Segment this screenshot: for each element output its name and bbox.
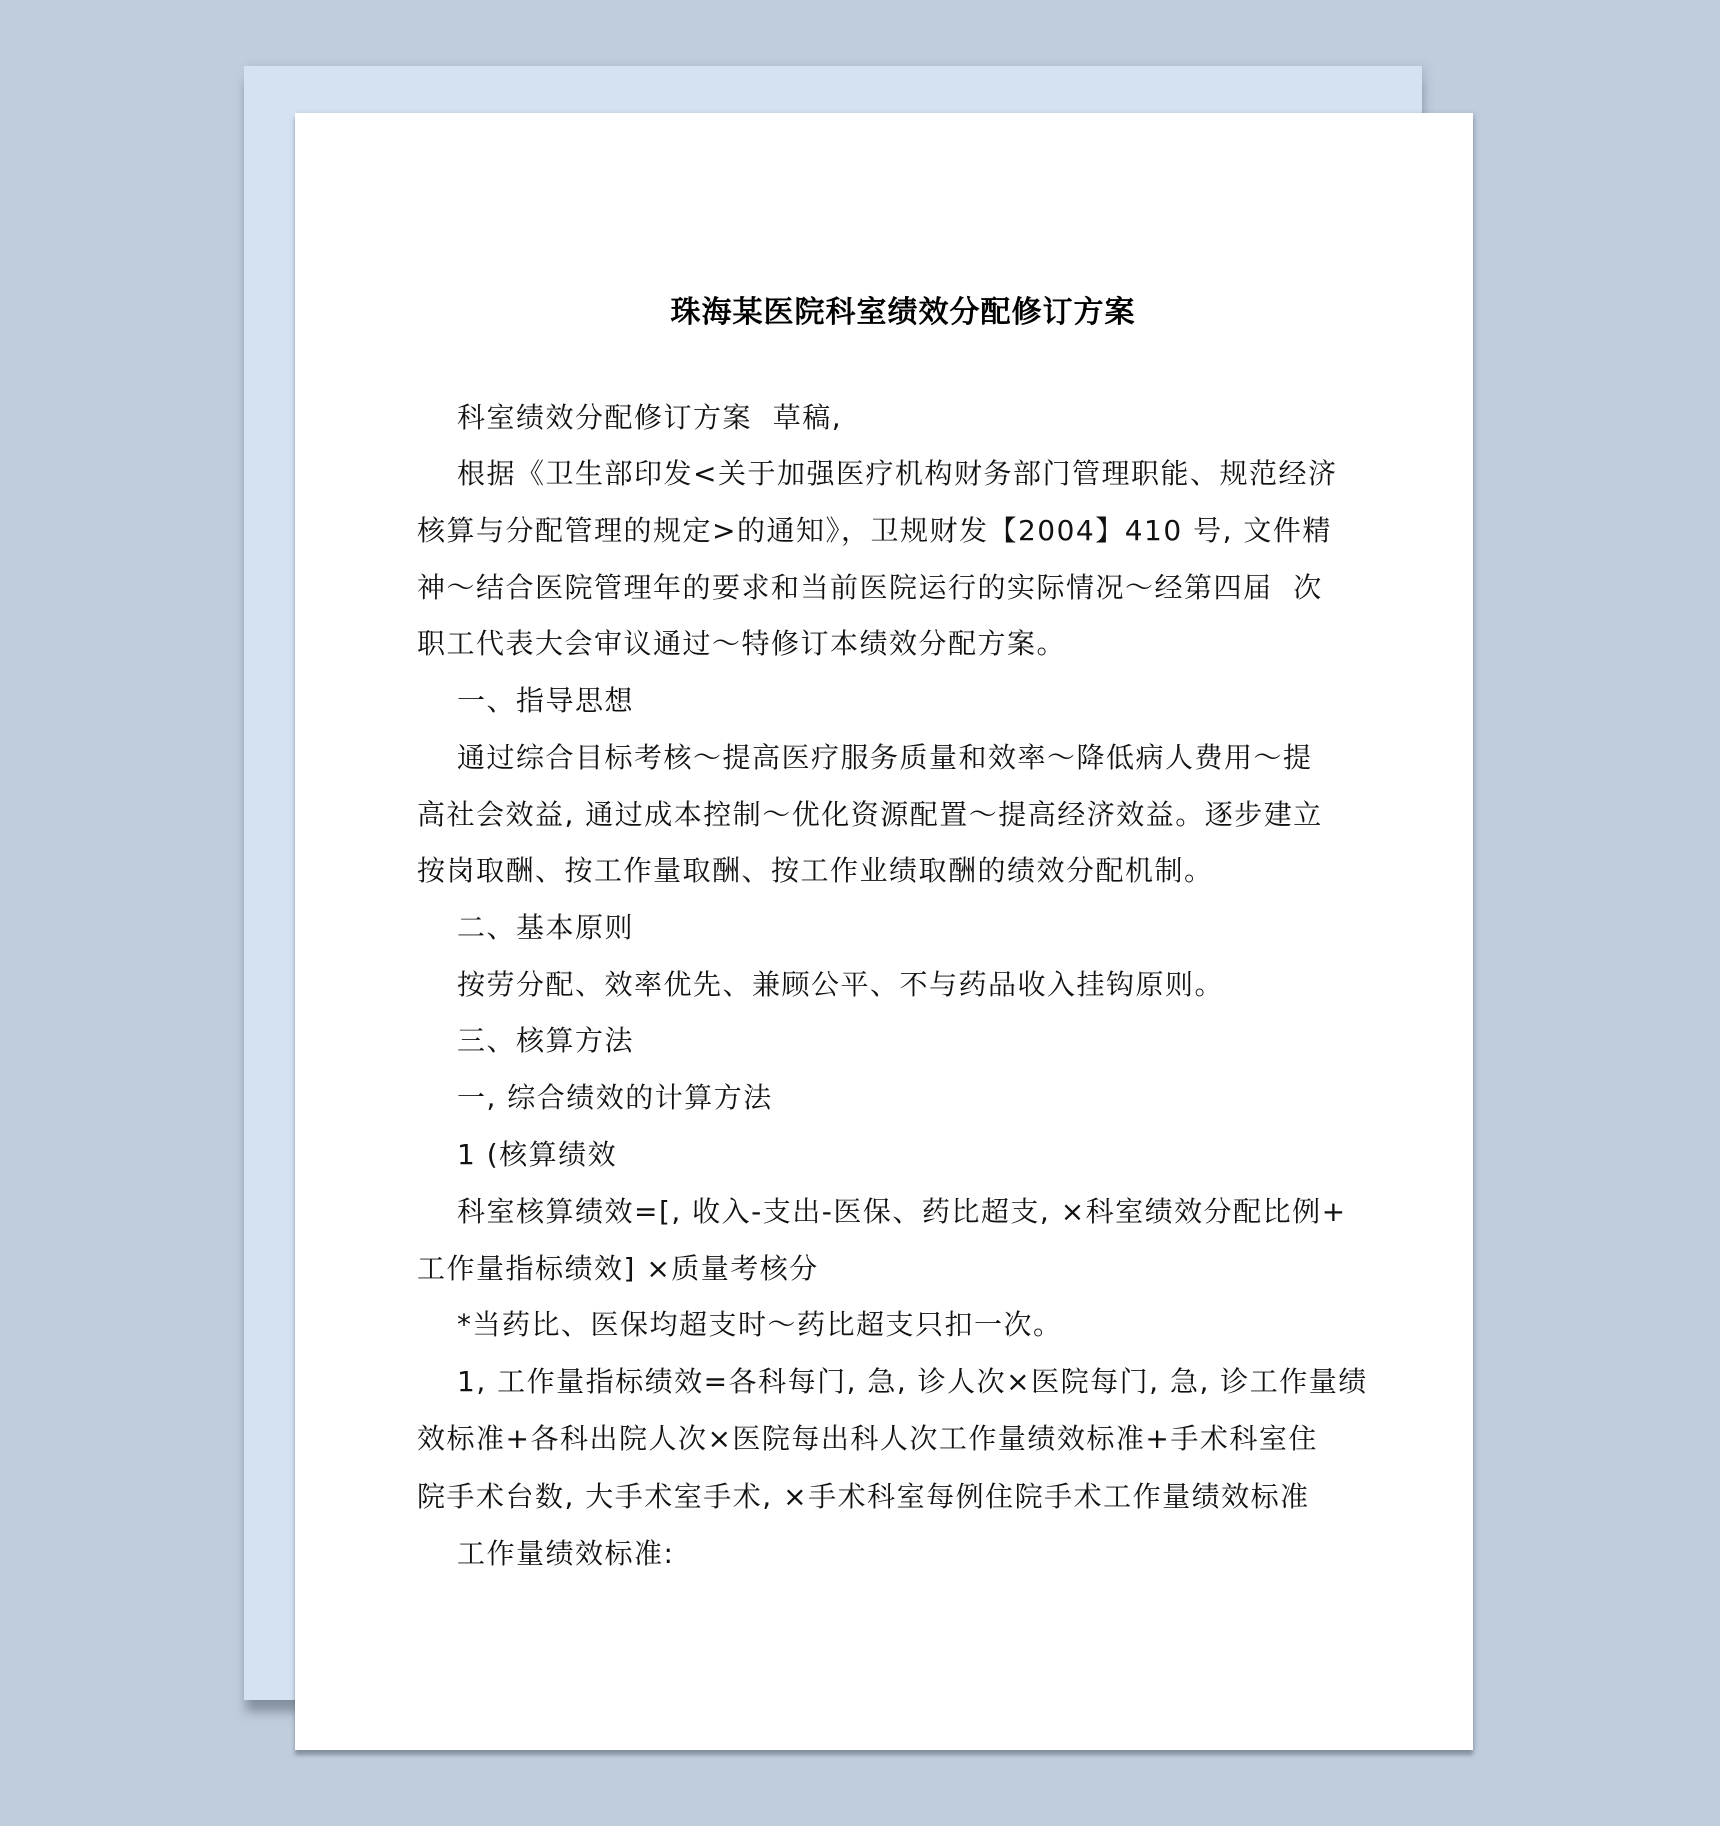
formula-line: 效标准+各科出院人次×医院每出科人次工作量绩效标准+手术科室住 <box>417 1422 1377 1456</box>
document-title: 珠海某医院科室绩效分配修订方案 <box>295 296 1511 330</box>
section-heading-guiding-ideology: 一、指导思想 <box>457 684 1417 718</box>
body-line: 工作量绩效标准: <box>457 1537 1417 1571</box>
formula-line: 院手术台数, 大手术室手术, ×手术科室每例住院手术工作量绩效标准 <box>417 1480 1377 1514</box>
note-line: *当药比、医保均超支时～药比超支只扣一次。 <box>457 1308 1417 1342</box>
body-line: 职工代表大会审议通过～特修订本绩效分配方案。 <box>417 627 1377 661</box>
body-line: 神～结合医院管理年的要求和当前医院运行的实际情况～经第四届 次 <box>417 571 1377 605</box>
body-line: 通过综合目标考核～提高医疗服务质量和效率～降低病人费用～提 <box>457 741 1417 775</box>
formula-line: 科室核算绩效=[, 收入-支出-医保、药比超支, ×科室绩效分配比例+ <box>457 1195 1417 1229</box>
body-line: 根据《卫生部印发<关于加强医疗机构财务部门管理职能、规范经济 <box>457 457 1417 491</box>
section-heading-basic-principles: 二、基本原则 <box>457 911 1417 945</box>
formula-line: 1, 工作量指标绩效=各科每门, 急, 诊人次×医院每门, 急, 诊工作量绩 <box>457 1365 1417 1399</box>
body-line: 核算与分配管理的规定>的通知》，卫规财发【2004】410 号, 文件精 <box>417 514 1377 548</box>
body-line: 按劳分配、效率优先、兼顾公平、不与药品收入挂钩原则。 <box>457 968 1417 1002</box>
subsection-heading: 一, 综合绩效的计算方法 <box>457 1081 1417 1115</box>
body-line: 高社会效益, 通过成本控制～优化资源配置～提高经济效益。逐步建立 <box>417 798 1377 832</box>
section-heading-accounting-method: 三、核算方法 <box>457 1024 1417 1058</box>
formula-line: 工作量指标绩效] ×质量考核分 <box>417 1252 1377 1286</box>
body-line: 按岗取酬、按工作量取酬、按工作业绩取酬的绩效分配机制。 <box>417 854 1377 888</box>
body-line-heading-draft: 科室绩效分配修订方案 草稿, <box>457 401 1417 435</box>
subsection-heading: 1 (核算绩效 <box>457 1138 1417 1172</box>
